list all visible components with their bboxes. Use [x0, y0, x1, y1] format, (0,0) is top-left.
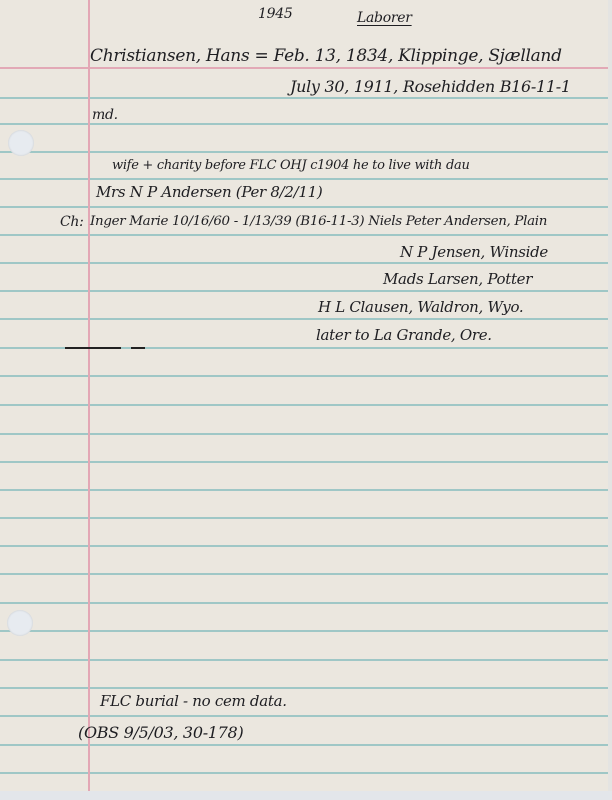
- punch-hole: [8, 130, 34, 156]
- rule-line: [0, 659, 608, 661]
- entry-line-1: Christiansen, Hans = Feb. 13, 1834, Klip…: [90, 46, 562, 66]
- rule-line: [0, 123, 608, 125]
- rule-line: [0, 206, 608, 208]
- rule-line: [0, 234, 608, 236]
- child-spouse-1: N P Jensen, Winside: [400, 243, 548, 261]
- header-occupation: Laborer: [357, 10, 412, 26]
- rule-line: [0, 375, 608, 377]
- rule-line: [0, 433, 608, 435]
- rule-line: [0, 744, 608, 746]
- rule-line: [0, 545, 608, 547]
- footer-line-1: FLC burial - no cem data.: [100, 692, 287, 710]
- rule-line: [0, 489, 608, 491]
- entry-line-2: July 30, 1911, Rosehidden B16-11-1: [290, 77, 571, 96]
- child-spouse-3: H L Clausen, Waldron, Wyo.: [318, 298, 523, 316]
- rule-line: [0, 262, 608, 264]
- punch-hole: [7, 610, 33, 636]
- rule-line: [0, 630, 608, 632]
- header-year: 1945: [258, 6, 292, 22]
- rule-line: [0, 97, 608, 99]
- children-prefix: Ch:: [60, 214, 84, 230]
- ink-dash: [131, 347, 145, 349]
- child-entry: Inger Marie 10/16/60 - 1/13/39 (B16-11-3…: [90, 214, 547, 229]
- rule-line: [0, 687, 608, 689]
- rule-line: [0, 67, 608, 69]
- rule-line: [0, 318, 608, 320]
- margin-line: [88, 0, 90, 791]
- rule-line: [0, 151, 608, 153]
- rule-line: [0, 772, 608, 774]
- notebook-paper: 1945 Laborer Christiansen, Hans = Feb. 1…: [0, 0, 608, 791]
- footer-line-2: (OBS 9/5/03, 30-178): [78, 723, 243, 742]
- ink-dash: [65, 347, 121, 349]
- rule-line: [0, 517, 608, 519]
- rule-line: [0, 290, 608, 292]
- rule-line: [0, 602, 608, 604]
- scan-background: [0, 791, 612, 800]
- rule-line: [0, 404, 608, 406]
- rule-line: [0, 715, 608, 717]
- rule-line: [0, 178, 608, 180]
- note-line-1: wife + charity before FLC OHJ c1904 he t…: [112, 158, 470, 173]
- rule-line: [0, 573, 608, 575]
- child-spouse-4: later to La Grande, Ore.: [316, 326, 492, 344]
- entry-line-3: md.: [92, 107, 118, 123]
- rule-line: [0, 461, 608, 463]
- note-line-2: Mrs N P Andersen (Per 8/2/11): [96, 183, 322, 201]
- child-spouse-2: Mads Larsen, Potter: [383, 270, 532, 288]
